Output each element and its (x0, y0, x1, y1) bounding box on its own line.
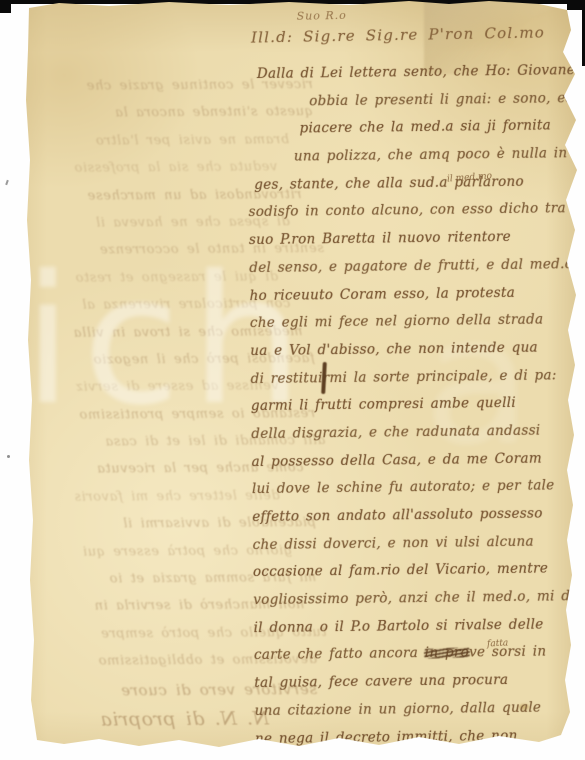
manuscript-line: il donna o il P.o Bartolo si rivalse del… (250, 616, 585, 648)
manuscript-line: ges, stante, che alla sud.a parlarono (244, 173, 585, 205)
manuscript-line: una polizza, che amq poco è nulla in (244, 145, 585, 177)
interlinear-note: fatta (487, 638, 509, 649)
bleedthrough-line: N. N. di propria mano (91, 707, 269, 736)
manuscript-line: ho riceuuto Coram esso, la protesta (245, 283, 585, 315)
manuscript-line: che dissi doverci, e non vi ulsi alcuna (249, 533, 585, 565)
manuscript-line: che egli mi fece nel giorno della strada (246, 311, 585, 343)
manuscript-line: della disgrazia, e che radunata andassi (247, 422, 585, 454)
header-superscript: Suo R.o (297, 9, 347, 23)
manuscript-line: del senso, e pagatore de frutti, e dal m… (245, 256, 585, 288)
strikeout-mark (424, 647, 470, 659)
manuscript-line: effetto son andato all'assoluto possesso (248, 505, 585, 537)
letter-body: Dalla di Lei lettera sento, che Ho: Giov… (243, 62, 585, 758)
manuscript-line: di restituirmi la sorte principale, e di… (247, 366, 585, 398)
manuscript-line: suo P.ron Baretta il nuovo ritentore (245, 228, 585, 260)
manuscript-line: occasione al fam.rio del Vicario, mentre (249, 560, 585, 592)
manuscript-line: al possesso della Casa, e da me Coram (248, 449, 585, 481)
manuscript-line: piacere che la med.a sia ji fornita (243, 117, 585, 149)
scanner-dust-speck (7, 455, 10, 458)
manuscript-line: Dalla di Lei lettera sento, che Ho: Giov… (243, 62, 585, 94)
manuscript-line: ua e Vol d'abisso, che non intende qua (246, 339, 585, 371)
manuscript-line: sodisfo in conto alcuno, con esso dicho … (244, 200, 585, 232)
manuscript-line: ne nega il decreto immitti, che non (251, 726, 585, 758)
manuscript-line: obbia le presenti li gnai: e sono, ed ho (243, 90, 585, 122)
manuscript-line: carte che fatto ancora in prove sorsi in (250, 643, 585, 675)
scan-frame-topleft-block (0, 0, 11, 13)
manuscript-line: vogliosissimo però, anzi che il med.o, m… (249, 588, 585, 620)
scanner-dust-speck (5, 180, 9, 185)
manuscript-line: tal guisa, fece cavere una procura (250, 671, 585, 703)
paper-sheet: ricever le continue grazie chequesto s'i… (19, 0, 580, 749)
manuscript-line: garmi li frutti compresi ambe quelli (247, 394, 585, 426)
manuscript-line: una citazione in un giorno, dalla quale (251, 699, 585, 731)
manuscript-line: lui dove le schine fu autorato; e per ta… (248, 477, 585, 509)
